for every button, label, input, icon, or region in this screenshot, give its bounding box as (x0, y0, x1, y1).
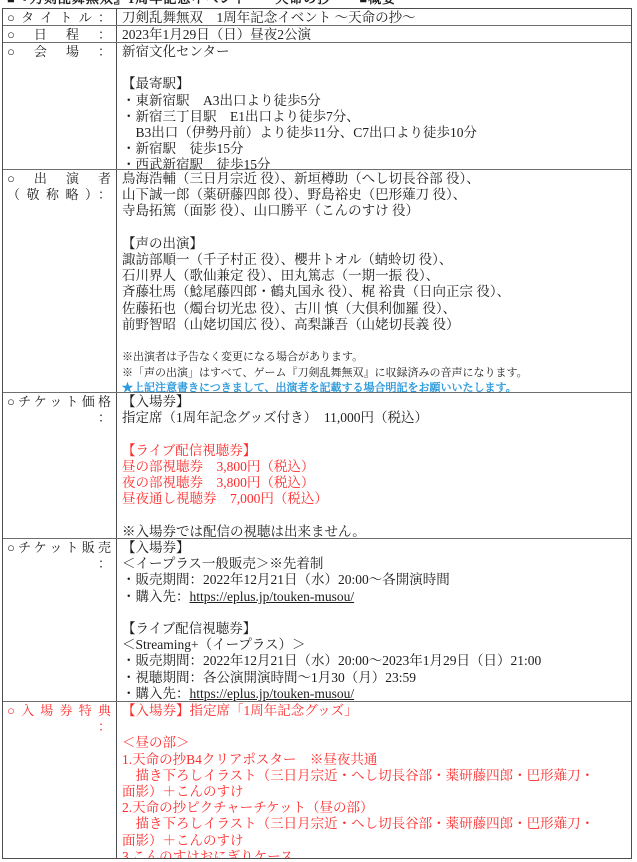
row-title: ○タイトル：刀剣乱舞無双 1周年記念イベント ～天命の抄～ (3, 9, 631, 26)
text-line (122, 507, 627, 523)
text-line: 【入場券】指定席「1周年記念グッズ」 (122, 703, 627, 719)
text-segment: 描き下ろしイラスト（三日月宗近・へし切長谷部・薬研藤四郎・巴形薙刀・ (122, 816, 594, 831)
text-line: ・新宿駅 徒歩15分 (122, 141, 627, 157)
row-schedule: ○日程：2023年1月29日（日）昼夜2公演 (3, 26, 631, 43)
text-segment: ※「声の出演」はすべて、ゲーム『刀剣乱舞無双』に収録済みの音声になります。 (122, 366, 528, 380)
text-line: 昼夜通し視聴券 7,000円（税込） (122, 491, 627, 507)
text-line: ・販売期間：2022年12月21日（水）20:00～2023年1月29日（日）2… (122, 653, 627, 669)
text-segment: ・購入先： (122, 686, 190, 701)
text-line: 佐藤拓也（燭台切光忠 役）、古川 慎（大倶利伽羅 役）、 (122, 301, 627, 317)
text-line: 【入場券】 (122, 540, 627, 556)
row-admission-bonus-label-line: ： (7, 719, 111, 735)
text-line: ・購入先：https://eplus.jp/touken-musou/ (122, 589, 627, 605)
attention-note: ★上記注意書きにつきまして、出演者を記載する場合明記をお願いいたします。 (122, 382, 517, 393)
text-line: 前野智昭（山姥切国広 役）、高梨謙吾（山姥切長義 役） (122, 317, 627, 333)
clipped-header-text: ■『刀剣乱舞無双』1周年記念イベント ～天命の抄～ ■概要 (0, 0, 637, 6)
text-segment: 昼の部視聴券 3,800円（税込） (122, 459, 314, 474)
text-line: ・西武新宿駅 徒歩15分 (122, 157, 627, 170)
event-info-table: ○タイトル：刀剣乱舞無双 1周年記念イベント ～天命の抄～○日程：2023年1月… (2, 8, 632, 859)
row-ticket-price-content: 【入場券】指定席（1周年記念グッズ付き） 11,000円（税込） 【ライブ配信視… (117, 393, 631, 538)
row-cast-label-line: （敬称略）： (7, 187, 111, 203)
row-title-label: ○タイトル： (3, 9, 117, 25)
text-line (122, 60, 627, 76)
eplus-link[interactable]: https://eplus.jp/touken-musou/ (190, 589, 355, 604)
text-line: 2023年1月29日（日）昼夜2公演 (122, 27, 627, 43)
row-venue: ○会場：新宿文化センター 【最寄駅】・東新宿駅 A3出口より徒歩5分・新宿三丁目… (3, 43, 631, 170)
text-segment: 【入場券】指定席「1周年記念グッズ」 (122, 703, 358, 718)
row-cast-content: 鳥海浩輔（三日月宗近 役）、新垣樽助（へし切長谷部 役）、山下誠一郎（薬研藤四郎… (117, 170, 631, 392)
row-ticket-sales-label-line: ： (7, 556, 111, 572)
text-line: ＜イープラス一般販売＞※先着制 (122, 556, 627, 572)
text-line: 【最寄駅】 (122, 76, 627, 92)
row-cast-label-line: ○出演者 (7, 171, 111, 187)
row-title-label-line: ○タイトル： (7, 10, 111, 26)
eplus-link[interactable]: https://eplus.jp/touken-musou/ (190, 686, 355, 701)
text-line: B3出口（伊勢丹前）より徒歩11分、C7出口より徒歩10分 (122, 125, 627, 141)
event-info-page: { "clipped_header": { "text": "■『刀剣乱舞無双』… (0, 0, 637, 862)
text-line: 面影）＋こんのすけ (122, 784, 627, 800)
text-line: ※「声の出演」はすべて、ゲーム『刀剣乱舞無双』に収録済みの音声になります。 (122, 365, 627, 380)
row-schedule-label-line: ○日程： (7, 27, 111, 43)
row-venue-content: 新宿文化センター 【最寄駅】・東新宿駅 A3出口より徒歩5分・新宿三丁目駅 E1… (117, 43, 631, 169)
text-segment: 面影）＋こんのすけ (122, 784, 244, 799)
text-line: ※出演者は予告なく変更になる場合があります。 (122, 349, 627, 364)
text-line: 描き下ろしイラスト（三日月宗近・へし切長谷部・薬研藤四郎・巴形薙刀・ (122, 816, 627, 832)
text-segment: 1.天命の抄B4クリアポスター ※昼夜共通 (122, 752, 377, 767)
row-venue-label: ○会場： (3, 43, 117, 169)
text-line (122, 605, 627, 621)
text-line: 昼の部視聴券 3,800円（税込） (122, 459, 627, 475)
text-line (122, 333, 627, 349)
row-ticket-price-label-line: ○チケット価格 (7, 394, 111, 410)
text-line: 【ライブ配信視聴券】 (122, 621, 627, 637)
text-line: 【声の出演】 (122, 236, 627, 252)
row-venue-label-line: ○会場： (7, 44, 111, 60)
text-line: 指定席（1周年記念グッズ付き） 11,000円（税込） (122, 410, 627, 426)
text-line: ※入場券では配信の視聴は出来ません。 (122, 524, 627, 539)
text-segment: 2.天命の抄ピクチャーチケット（昼の部） (122, 800, 374, 815)
row-cast-label: ○出演者（敬称略）： (3, 170, 117, 392)
row-admission-bonus-label: ○入場券特典： (3, 702, 117, 858)
text-line: 刀剣乱舞無双 1周年記念イベント ～天命の抄～ (122, 10, 627, 26)
clipped-top-line: ■『刀剣乱舞無双』1周年記念イベント ～天命の抄～ ■概要 (0, 0, 637, 6)
text-line: 描き下ろしイラスト（三日月宗近・へし切長谷部・薬研藤四郎・巴形薙刀・ (122, 768, 627, 784)
row-ticket-sales-label-line: ○チケット販売 (7, 540, 111, 556)
row-admission-bonus-content: 【入場券】指定席「1周年記念グッズ」 ＜昼の部＞1.天命の抄B4クリアポスター … (117, 702, 631, 858)
text-segment: 【ライブ配信視聴券】 (122, 443, 256, 458)
text-line: 新宿文化センター (122, 44, 627, 60)
text-segment: ・購入先： (122, 589, 190, 604)
text-line: ＜Streaming+（イープラス）＞ (122, 637, 627, 653)
text-line: 寺島拓篤（面影 役）、山口勝平（こんのすけ 役） (122, 203, 627, 219)
text-line (122, 220, 627, 236)
text-line: 【ライブ配信視聴券】 (122, 443, 627, 459)
row-ticket-sales-content: 【入場券】＜イープラス一般販売＞※先着制・販売期間：2022年12月21日（水）… (117, 539, 631, 701)
text-line (122, 719, 627, 735)
text-line: ・購入先：https://eplus.jp/touken-musou/ (122, 686, 627, 702)
text-line: 石川界人（歌仙兼定 役）、田丸篤志（一期一振 役）、 (122, 268, 627, 284)
text-line: ・視聴期間：各公演開演時間～1月30（月）23:59 (122, 670, 627, 686)
row-cast: ○出演者（敬称略）：鳥海浩輔（三日月宗近 役）、新垣樽助（へし切長谷部 役）、山… (3, 170, 631, 393)
text-line (122, 426, 627, 442)
text-line: 【入場券】 (122, 394, 627, 410)
text-line: 面影）＋こんのすけ (122, 833, 627, 849)
row-schedule-label: ○日程： (3, 26, 117, 42)
row-ticket-price-label-line: ： (7, 410, 111, 426)
text-line: 3.こんのすけおにぎりケース (122, 849, 627, 858)
row-ticket-price: ○チケット価格：【入場券】指定席（1周年記念グッズ付き） 11,000円（税込）… (3, 393, 631, 539)
text-line: 1.天命の抄B4クリアポスター ※昼夜共通 (122, 752, 627, 768)
text-line: 2.天命の抄ピクチャーチケット（昼の部） (122, 800, 627, 816)
row-admission-bonus: ○入場券特典：【入場券】指定席「1周年記念グッズ」 ＜昼の部＞1.天命の抄B4ク… (3, 702, 631, 858)
text-line: 鳥海浩輔（三日月宗近 役）、新垣樽助（へし切長谷部 役）、 (122, 171, 627, 187)
text-line: ＜昼の部＞ (122, 735, 627, 751)
text-line: 山下誠一郎（薬研藤四郎 役）、野島裕史（巴形薙刀 役）、 (122, 187, 627, 203)
text-segment: ※出演者は予告なく変更になる場合があります。 (122, 350, 363, 364)
text-line: ★上記注意書きにつきまして、出演者を記載する場合明記をお願いいたします。 (122, 380, 627, 393)
text-segment: 昼夜通し視聴券 7,000円（税込） (122, 491, 328, 506)
row-ticket-sales: ○チケット販売：【入場券】＜イープラス一般販売＞※先着制・販売期間：2022年1… (3, 539, 631, 702)
row-title-content: 刀剣乱舞無双 1周年記念イベント ～天命の抄～ (117, 9, 631, 25)
text-segment: 3.こんのすけおにぎりケース (122, 849, 293, 858)
text-line: ・新宿三丁目駅 E1出口より徒歩7分、 (122, 109, 627, 125)
text-line: 夜の部視聴券 3,800円（税込） (122, 475, 627, 491)
text-line: 諏訪部順一（千子村正 役）、櫻井トオル（蜻蛉切 役）、 (122, 252, 627, 268)
text-line: ・東新宿駅 A3出口より徒歩5分 (122, 93, 627, 109)
text-segment: ＜昼の部＞ (122, 735, 190, 750)
row-admission-bonus-label-line: ○入場券特典 (7, 703, 111, 719)
text-line: 斉藤壮馬（鯰尾藤四郎・鶴丸国永 役）、梶 裕貴（日向正宗 役）、 (122, 284, 627, 300)
text-segment: 面影）＋こんのすけ (122, 833, 244, 848)
text-segment: 夜の部視聴券 3,800円（税込） (122, 475, 314, 490)
row-ticket-sales-label: ○チケット販売： (3, 539, 117, 701)
row-schedule-content: 2023年1月29日（日）昼夜2公演 (117, 26, 631, 42)
text-segment: 描き下ろしイラスト（三日月宗近・へし切長谷部・薬研藤四郎・巴形薙刀・ (122, 768, 594, 783)
text-line: ・販売期間：2022年12月21日（水）20:00～各開演時間 (122, 572, 627, 588)
row-ticket-price-label: ○チケット価格： (3, 393, 117, 538)
